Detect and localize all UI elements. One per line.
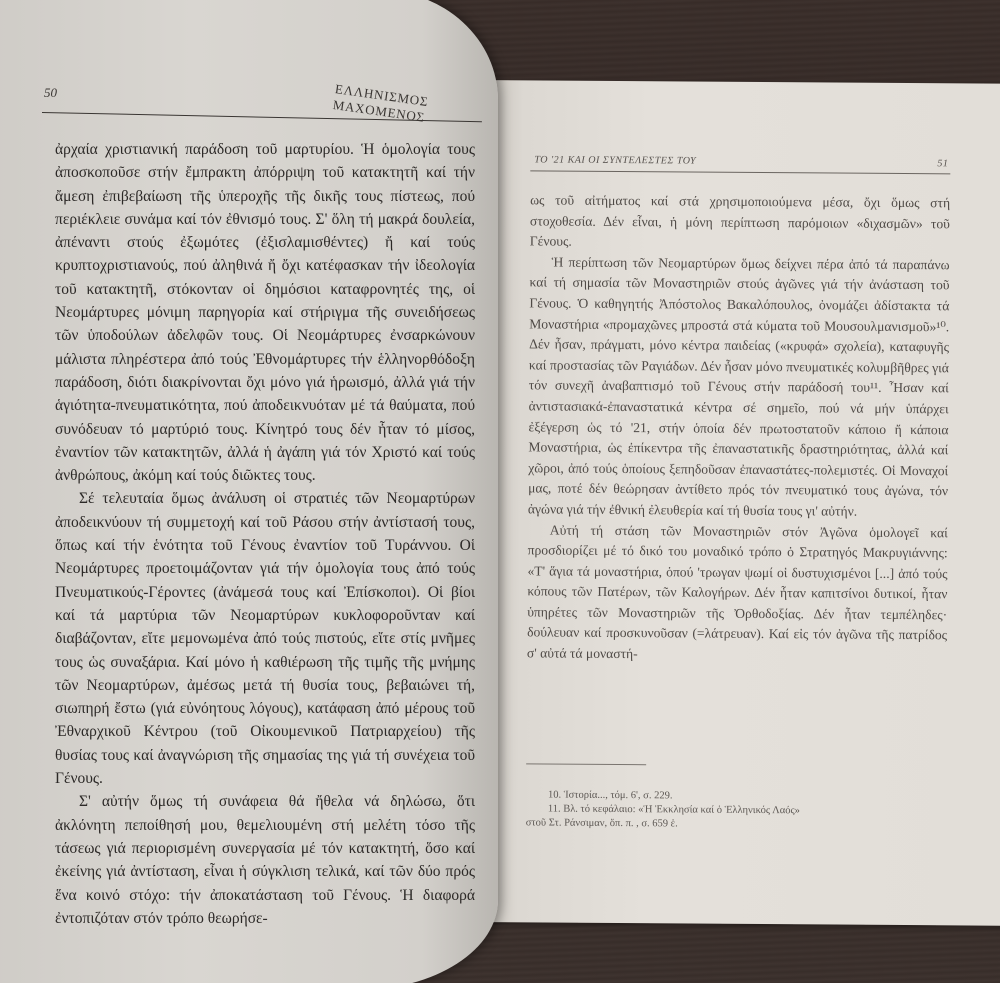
paragraph: ως τοῦ αἰτήματος καί στά χρησιμοποιούμεν… [530,190,950,255]
paragraph: Αὐτή τή στάση τῶν Μοναστηριῶν στόν Ἀγῶνα… [527,520,948,667]
left-running-header: 50 ΕΛΛΗΝΙΣΜΟΣ ΜΑΧΟΜΕΝΟΣ [42,85,482,103]
footnote-continuation: στοῦ Στ. Ράνσιμαν, ὅπ. π. , σ. 659 ἑ. [526,816,946,833]
footnotes: 10. Ἱστορία..., τόμ. 6', σ. 229. 11. Βλ.… [526,788,946,833]
footnote-divider [526,763,646,765]
right-running-head: ΤΟ '21 ΚΑΙ ΟΙ ΣΥΝΤΕΛΕΣΤΕΣ ΤΟΥ [534,154,696,166]
right-page-number: 51 [937,158,948,169]
paragraph: ἀρχαία χριστιανική παράδοση τοῦ μαρτυρίο… [55,138,475,487]
right-page: ΤΟ '21 ΚΑΙ ΟΙ ΣΥΝΤΕΛΕΣΤΕΣ ΤΟΥ 51 ως τοῦ … [485,80,1000,926]
paragraph: Σ' αὐτήν ὅμως τή συνάφεια θά ἤθελα νά δη… [55,790,475,930]
paragraph: Ἡ περίπτωση τῶν Νεομαρτύρων ὅμως δείχνει… [528,252,950,523]
left-page: 50 ΕΛΛΗΝΙΣΜΟΣ ΜΑΧΟΜΕΝΟΣ ἀρχαία χριστιανι… [0,0,498,983]
right-body-text: ως τοῦ αἰτήματος καί στά χρησιμοποιούμεν… [527,190,950,667]
right-running-header: ΤΟ '21 ΚΑΙ ΟΙ ΣΥΝΤΕΛΕΣΤΕΣ ΤΟΥ 51 [530,150,950,174]
left-page-number: 50 [44,85,57,101]
left-running-head: ΕΛΛΗΝΙΣΜΟΣ ΜΑΧΟΜΕΝΟΣ [332,81,483,133]
paragraph: Σέ τελευταία ὅμως ἀνάλυση οἱ στρατιές τῶ… [55,487,475,790]
left-body-text: ἀρχαία χριστιανική παράδοση τοῦ μαρτυρίο… [55,138,475,930]
